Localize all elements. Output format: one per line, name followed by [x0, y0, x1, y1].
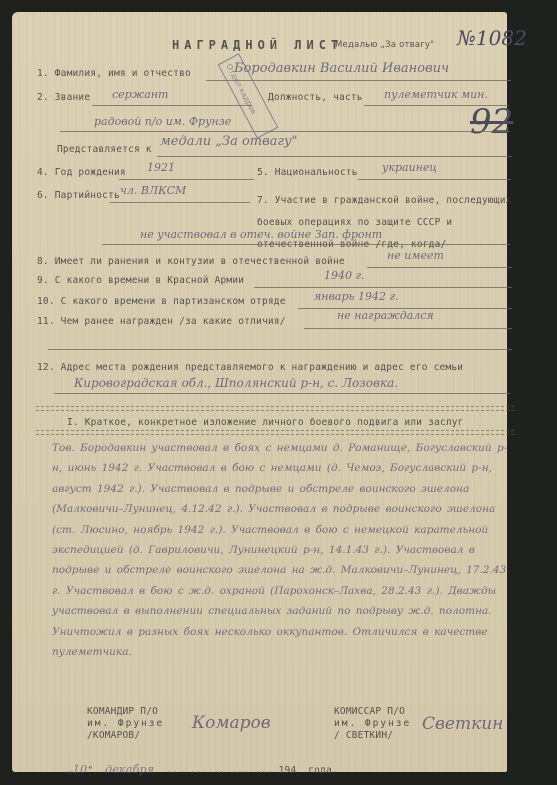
commander-title: КОМАНДИР П/О им. Фрунзе /КОМАРОВ/	[87, 706, 164, 742]
award-header: Медалью „За отвагу"	[335, 40, 434, 50]
date-year: 194_ года.	[279, 765, 338, 776]
field-label-nominated: Представляется к	[57, 144, 152, 155]
underline	[358, 179, 511, 180]
field-label-address: 12. Адрес места рождения представляемого…	[37, 362, 507, 373]
document-title: НАГРАДНОЙ ЛИСТ	[172, 38, 343, 52]
commissar-signature: Светкин	[422, 714, 503, 734]
field-label-position: Должность, часть	[268, 92, 363, 103]
date-line: „10" декабря .................. 194_ год…	[67, 763, 338, 776]
field-value-nationality: украинец	[382, 161, 437, 174]
field-label-partisan-since: 10. С какого времени в партизанском отря…	[37, 296, 286, 307]
field-value-partisan-since: январь 1942 г.	[314, 290, 399, 303]
field-label-army-since: 9. С какого времени в Красной Армии	[37, 275, 244, 286]
field-value-nominated: медали „За отвагу"	[160, 134, 298, 149]
underline	[304, 328, 512, 329]
field-label-party: 6. Партийность	[37, 190, 120, 201]
field-value-previous-awards: не награждался	[337, 309, 434, 322]
underline	[60, 131, 510, 132]
field-label-previous-awards: 11. Чем ранее награжден /за какие отличи…	[37, 316, 286, 327]
summary-text: Тов. Бородавкин участвовал в боях с немц…	[52, 438, 517, 662]
field-value-party: чл. ВЛКСМ	[120, 184, 186, 197]
field-value-birth-year: 1921	[147, 161, 175, 174]
date-month: декабря	[105, 763, 154, 776]
field-value-wounds: не имеет	[387, 249, 444, 262]
field-value-rank: сержант	[112, 88, 168, 101]
underline	[206, 80, 511, 81]
underline	[254, 287, 512, 288]
field-label-rank: 2. Звание	[37, 92, 90, 103]
underline	[110, 202, 250, 203]
underline	[367, 267, 512, 268]
field-label-war-participation: 7. Участие в гражданской войне, последую…	[257, 190, 512, 256]
underline	[54, 393, 510, 394]
award-sheet: НАГРАДНОЙ ЛИСТ Медалью „За отвагу" №1082…	[12, 12, 507, 772]
section-divider	[36, 406, 514, 411]
summary-heading: I. Краткое, конкретное изложение личного…	[67, 417, 464, 428]
field-value-address: Кировоградская обл., Шполянский р-н, с. …	[74, 376, 398, 390]
commissar-title: КОМИССАР П/О им. Фрунзе / СВЕТКИН/	[334, 706, 411, 742]
field-label-birth-year: 4. Год рождения	[37, 167, 126, 178]
field-value-name: Бородавкин Василий Иванович	[234, 61, 449, 76]
section-divider	[36, 430, 514, 435]
field-label-nationality: 5. Национальность	[257, 167, 358, 178]
date-day: 10	[73, 763, 87, 776]
underline	[119, 179, 254, 180]
field-value-war-participation: не участвовал в отеч. войне Зап. фронт	[140, 228, 382, 241]
field-value-army-since: 1940 г.	[324, 269, 365, 282]
underline	[364, 105, 509, 106]
underline	[92, 105, 252, 106]
underline	[102, 244, 510, 245]
underline	[48, 349, 512, 350]
field-label-wounds: 8. Имеет ли ранения и контузии в отечест…	[37, 256, 345, 267]
registry-number-crossed: 92	[470, 102, 513, 142]
registry-number: №1082	[457, 26, 527, 50]
underline	[157, 156, 512, 157]
commander-signature: Комаров	[192, 713, 271, 733]
field-value-unit: радовой п/о им. Фрунзе	[94, 115, 231, 128]
field-value-position: пулеметчик мин.	[384, 88, 488, 101]
field-label-name: 1. Фамилия, имя и отчество	[37, 68, 191, 79]
